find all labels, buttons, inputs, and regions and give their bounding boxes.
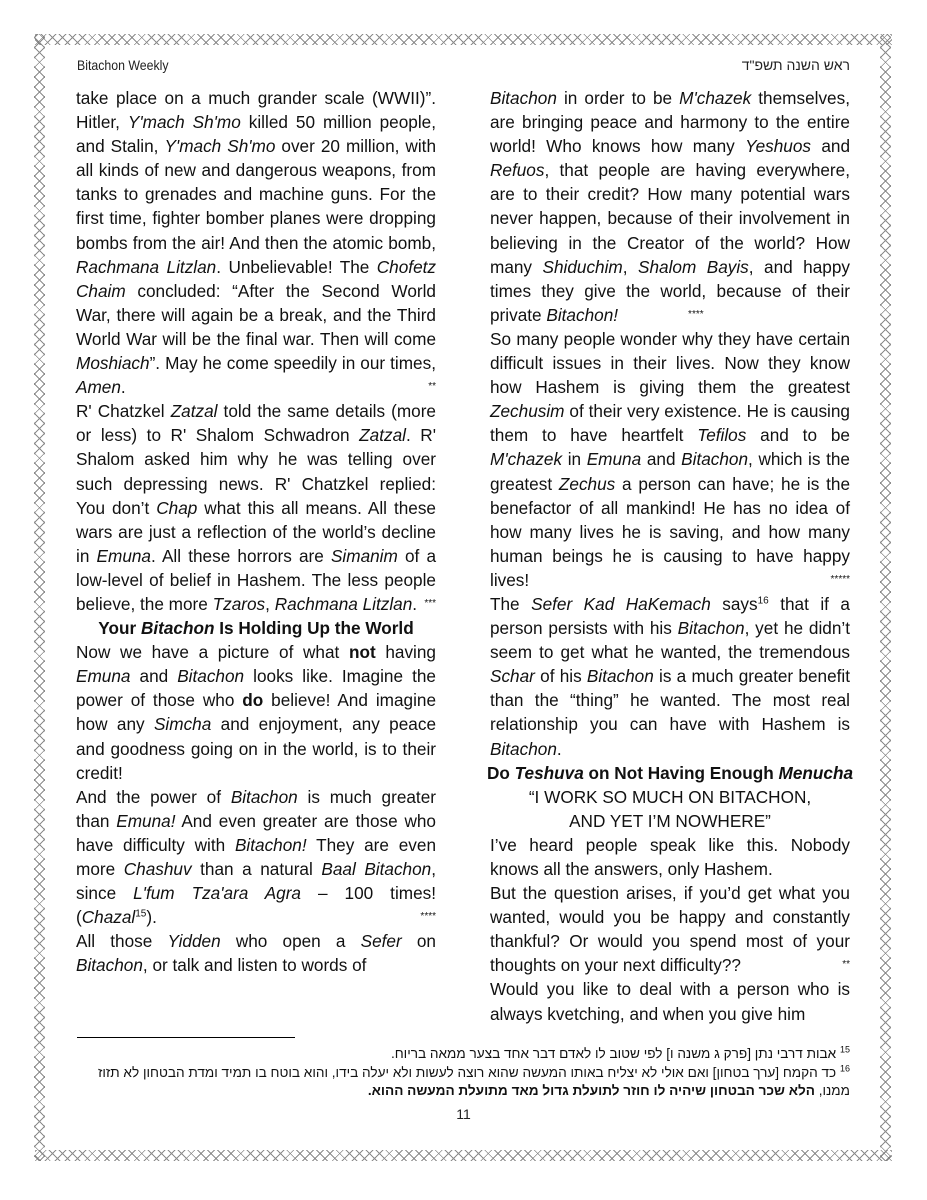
footnote-16: 16 כד הקמח [ערך בטחון] ואם אולי לא יצליח… — [76, 1064, 850, 1101]
paragraph: All those Yidden who open a Sefer on Bit… — [76, 929, 436, 977]
section-separator-stars: **** — [420, 905, 436, 929]
paragraph: Bitachon in order to be M'chazek themsel… — [490, 86, 850, 327]
paragraph: The Sefer Kad HaKemach says16 that if a … — [490, 592, 850, 761]
section-separator-stars: ***** — [831, 568, 850, 592]
paragraph: I’ve heard people speak like this. Nobod… — [490, 833, 850, 881]
section-separator-stars: **** — [688, 309, 704, 320]
left-column: take place on a much grander scale (WWII… — [76, 86, 436, 977]
hebrew-date: ראש השנה תשפ"ד — [742, 57, 850, 73]
page-number: 11 — [0, 1106, 927, 1122]
footnotes: 15 אבות דרבי נתן [פרק ג משנה ו] לפי שטוב… — [76, 1045, 850, 1101]
right-column: Bitachon in order to be M'chazek themsel… — [490, 86, 850, 1026]
decorative-border-top — [35, 34, 892, 45]
decorative-border-right — [880, 34, 891, 1161]
quote-heading-line-1: “I WORK SO MUCH ON BITACHON, — [490, 785, 850, 809]
section-separator-stars: *** — [424, 592, 436, 616]
decorative-border-left — [34, 34, 45, 1161]
footnote-ref-16[interactable]: 16 — [758, 595, 769, 606]
paragraph: take place on a much grander scale (WWII… — [76, 86, 436, 399]
section-separator-stars: ** — [842, 953, 850, 977]
section-separator-stars: ** — [428, 375, 436, 399]
decorative-border-bottom — [35, 1150, 892, 1161]
paragraph: R' Chatzkel Zatzal told the same details… — [76, 399, 436, 616]
paragraph: Would you like to deal with a person who… — [490, 977, 850, 1025]
quote-heading-line-2: AND YET I’M NOWHERE” — [490, 809, 850, 833]
paragraph: Now we have a picture of what not having… — [76, 640, 436, 785]
page-header: Bitachon Weekly ראש השנה תשפ"ד — [77, 57, 850, 77]
footnote-15: 15 אבות דרבי נתן [פרק ג משנה ו] לפי שטוב… — [76, 1045, 850, 1064]
section-heading: Do Teshuva on Not Having Enough Menucha — [476, 761, 864, 785]
paragraph: But the question arises, if you’d get wh… — [490, 881, 850, 977]
paragraph: So many people wonder why they have cert… — [490, 327, 850, 592]
paragraph: And the power of Bitachon is much greate… — [76, 785, 436, 930]
footnote-separator — [77, 1037, 295, 1038]
publication-title: Bitachon Weekly — [77, 57, 169, 73]
section-heading: Your Bitachon Is Holding Up the World — [76, 616, 436, 640]
footnote-ref-15[interactable]: 15 — [135, 908, 146, 919]
